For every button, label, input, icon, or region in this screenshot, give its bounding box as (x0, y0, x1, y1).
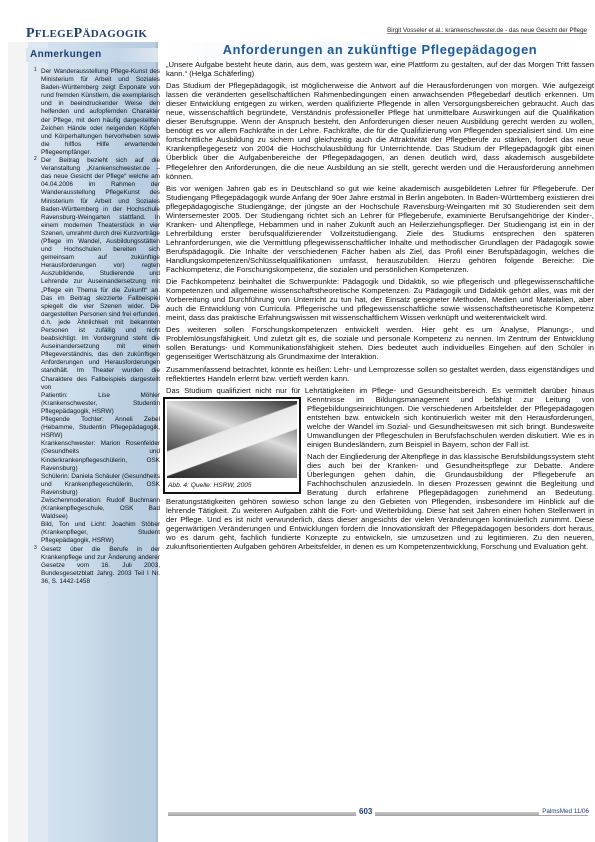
brand-initial: P (26, 26, 35, 41)
footnote-cast-line: Schülerin: Daniela Schäuler (Gesundheits… (34, 473, 160, 497)
footnote-text: Bild, Ton und Licht: Joachim Stöber (Kra… (41, 521, 160, 544)
brand-smallcaps: FLEGE (35, 28, 74, 40)
photo-image (167, 401, 297, 478)
footer-rule (168, 812, 588, 816)
footnote-cast-line: Krankenschwester: Marion Rosenfelder (Ge… (34, 440, 160, 472)
magazine-section-title: PFLEGEPÄDAGOGIK (26, 26, 147, 42)
footnote-cast-line: Patientin: Lise Möhler (Krankenschwester… (34, 392, 160, 416)
figure-caption: Abb. 4: Quelle: HSRW, 2005 (168, 481, 252, 490)
footnote-cast-line: Bild, Ton und Licht: Joachim Stöber (Kra… (34, 521, 160, 545)
footnote-text: Der Wanderausstellung Pflege-Kunst des M… (41, 68, 160, 156)
footnote-text: Pflegende Tochter: Anneli Zebel (Hebamme… (41, 416, 160, 439)
brand-initial-2: P (74, 26, 83, 41)
footnote-text: Schülerin: Daniela Schäuler (Gesundheits… (41, 473, 160, 496)
paragraph-text: Pflegebildungseinrichtungen. Die verschi… (307, 404, 594, 449)
article-title: Anforderungen an zukünftige Pflegepädago… (166, 42, 594, 60)
journal-issue: PalmsMed 11/06 (539, 808, 589, 815)
footnotes-list: 1Der Wanderausstellung Pflege-Kunst des … (34, 68, 160, 586)
sidebar-title: Anmerkungen (30, 49, 102, 60)
footnote-number: 2 (34, 155, 37, 163)
footnote-text: Der Beitrag bezieht sich auf die Veranst… (41, 157, 160, 391)
article-body: „Unsere Aufgabe besteht heute darin, aus… (166, 60, 594, 551)
running-head: Birgit Vosseler et al.: krankenschwester… (387, 27, 587, 34)
epigraph-quote: „Unsere Aufgabe besteht heute darin, aus… (166, 60, 594, 78)
footnote-text: Zwischenmoderation: Rudolf Buchmann (Kra… (41, 497, 160, 520)
footnote-text: Krankenschwester: Marion Rosenfelder (Ge… (41, 440, 160, 471)
footnote-number: 1 (34, 66, 37, 74)
figure-photo: Abb. 4: Quelle: HSRW, 2005 (163, 397, 301, 494)
body-paragraph: Zusammenfassend betrachtet, könnte es he… (166, 365, 594, 383)
body-paragraph: Das Studium qualifiziert nicht nur für L… (166, 386, 594, 449)
footnote: 3Gesetz über die Berufe in der Krankenpf… (34, 546, 160, 586)
article: Anforderungen an zukünftige Pflegepädago… (166, 42, 594, 554)
body-paragraph: Die Fachkompetenz beinhaltet die Schwerp… (166, 277, 594, 322)
body-paragraph: Bis vor wenigen Jahren gab es in Deutsch… (166, 184, 594, 274)
brand-smallcaps-2: ÄDAGOGIK (83, 28, 148, 40)
page-number: 603 (356, 807, 375, 816)
notes-sidebar: Anmerkungen 1Der Wanderausstellung Pfleg… (8, 42, 158, 842)
body-paragraph: Das Studium der Pflegepädagogik, ist mög… (166, 81, 594, 181)
footnote: 1Der Wanderausstellung Pflege-Kunst des … (34, 68, 160, 157)
paragraph-lead: Das Studium qualifiziert nicht nur für L… (166, 386, 594, 449)
footnote-text: Gesetz über die Berufe in der Krankenpfl… (41, 546, 160, 585)
footnote-text: Patientin: Lise Möhler (Krankenschwester… (41, 392, 160, 415)
footnote-cast-line: Zwischenmoderation: Rudolf Buchmann (Kra… (34, 497, 160, 521)
footnote-cast-line: Pflegende Tochter: Anneli Zebel (Hebamme… (34, 416, 160, 440)
footnote: 2Der Beitrag bezieht sich auf die Verans… (34, 157, 160, 392)
body-paragraph: Des weiteren sollen Forschungskompetenze… (166, 325, 594, 361)
footnote-number: 3 (34, 544, 37, 552)
